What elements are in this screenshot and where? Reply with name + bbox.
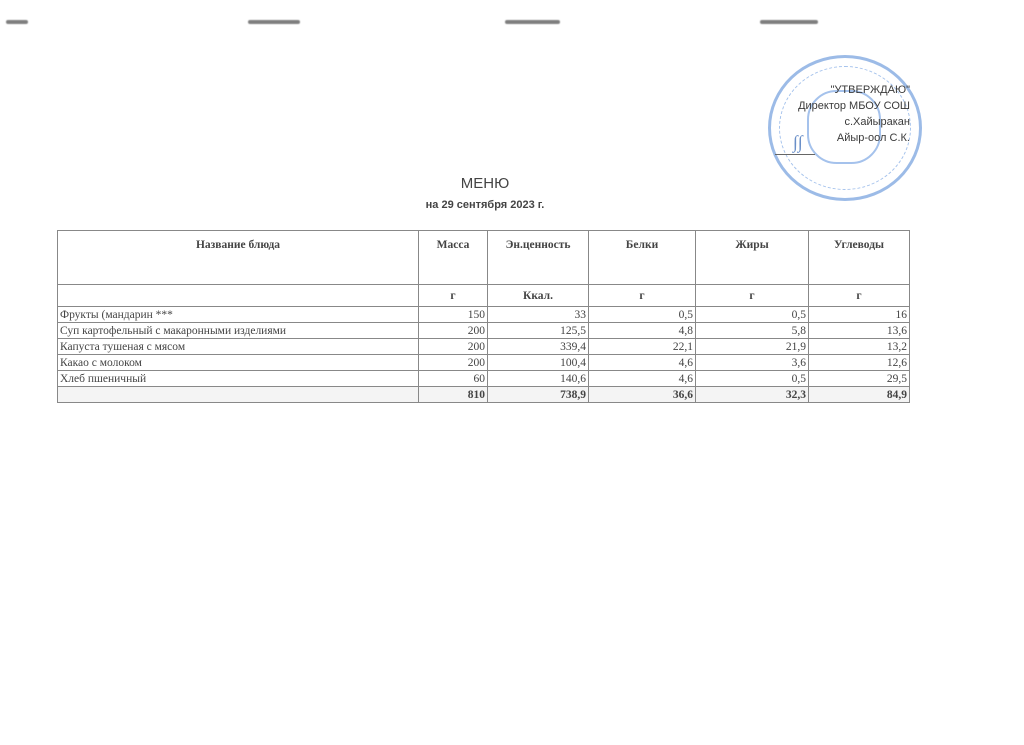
unit-energy: Ккал. xyxy=(488,285,589,307)
dish-energy: 140,6 xyxy=(488,371,589,387)
table-row: Какао с молоком 200 100,4 4,6 3,6 12,6 xyxy=(58,355,910,371)
dish-energy: 125,5 xyxy=(488,323,589,339)
dish-mass: 200 xyxy=(419,323,488,339)
table-row: Капуста тушеная с мясом 200 339,4 22,1 2… xyxy=(58,339,910,355)
dish-mass: 200 xyxy=(419,339,488,355)
dish-carbs: 29,5 xyxy=(809,371,910,387)
total-row: 810 738,9 36,6 32,3 84,9 xyxy=(58,387,910,403)
dish-carbs: 16 xyxy=(809,307,910,323)
total-carbs: 84,9 xyxy=(809,387,910,403)
dish-protein: 4,6 xyxy=(589,355,696,371)
unit-fat: г xyxy=(696,285,809,307)
total-fat: 32,3 xyxy=(696,387,809,403)
dish-mass: 150 xyxy=(419,307,488,323)
total-protein: 36,6 xyxy=(589,387,696,403)
dish-fat: 21,9 xyxy=(696,339,809,355)
table-row: Фрукты (мандарин *** 150 33 0,5 0,5 16 xyxy=(58,307,910,323)
menu-table: Название блюда Масса Эн.ценность Белки Ж… xyxy=(57,230,910,403)
total-label xyxy=(58,387,419,403)
dish-energy: 100,4 xyxy=(488,355,589,371)
dish-energy: 339,4 xyxy=(488,339,589,355)
dish-carbs: 12,6 xyxy=(809,355,910,371)
total-mass: 810 xyxy=(419,387,488,403)
approval-block: "УТВЕРЖДАЮ" Директор МБОУ СОШ с.Хайырака… xyxy=(770,82,910,146)
page-subtitle: на 29 сентября 2023 г. xyxy=(0,199,970,211)
col-header-energy: Эн.ценность xyxy=(488,231,589,285)
dish-fat: 5,8 xyxy=(696,323,809,339)
approval-signatory: Айыр-оол С.К. xyxy=(770,130,910,146)
dish-name: Хлеб пшеничный xyxy=(58,371,419,387)
dish-protein: 4,6 xyxy=(589,371,696,387)
unit-protein: г xyxy=(589,285,696,307)
approval-heading: "УТВЕРЖДАЮ" xyxy=(770,82,910,98)
dish-name: Капуста тушеная с мясом xyxy=(58,339,419,355)
dish-fat: 0,5 xyxy=(696,307,809,323)
dish-protein: 0,5 xyxy=(589,307,696,323)
dish-name: Фрукты (мандарин *** xyxy=(58,307,419,323)
header-row: Название блюда Масса Эн.ценность Белки Ж… xyxy=(58,231,910,285)
table-row: Хлеб пшеничный 60 140,6 4,6 0,5 29,5 xyxy=(58,371,910,387)
dish-protein: 22,1 xyxy=(589,339,696,355)
scan-artifact xyxy=(505,20,560,24)
approval-location: с.Хайыракан xyxy=(770,114,910,130)
col-header-fat: Жиры xyxy=(696,231,809,285)
total-energy: 738,9 xyxy=(488,387,589,403)
dish-fat: 0,5 xyxy=(696,371,809,387)
scan-artifact xyxy=(248,20,300,24)
col-header-carbs: Углеводы xyxy=(809,231,910,285)
dish-carbs: 13,6 xyxy=(809,323,910,339)
dish-name: Какао с молоком xyxy=(58,355,419,371)
dish-fat: 3,6 xyxy=(696,355,809,371)
scan-artifact xyxy=(6,20,28,24)
unit-mass: г xyxy=(419,285,488,307)
units-row: г Ккал. г г г xyxy=(58,285,910,307)
col-header-mass: Масса xyxy=(419,231,488,285)
unit-name xyxy=(58,285,419,307)
unit-carbs: г xyxy=(809,285,910,307)
approval-position: Директор МБОУ СОШ xyxy=(770,98,910,114)
table-row: Суп картофельный с макаронными изделиями… xyxy=(58,323,910,339)
scan-artifact xyxy=(760,20,818,24)
dish-protein: 4,8 xyxy=(589,323,696,339)
dish-name: Суп картофельный с макаронными изделиями xyxy=(58,323,419,339)
col-header-protein: Белки xyxy=(589,231,696,285)
dish-energy: 33 xyxy=(488,307,589,323)
dish-mass: 60 xyxy=(419,371,488,387)
col-header-name: Название блюда xyxy=(58,231,419,285)
dish-mass: 200 xyxy=(419,355,488,371)
dish-carbs: 13,2 xyxy=(809,339,910,355)
